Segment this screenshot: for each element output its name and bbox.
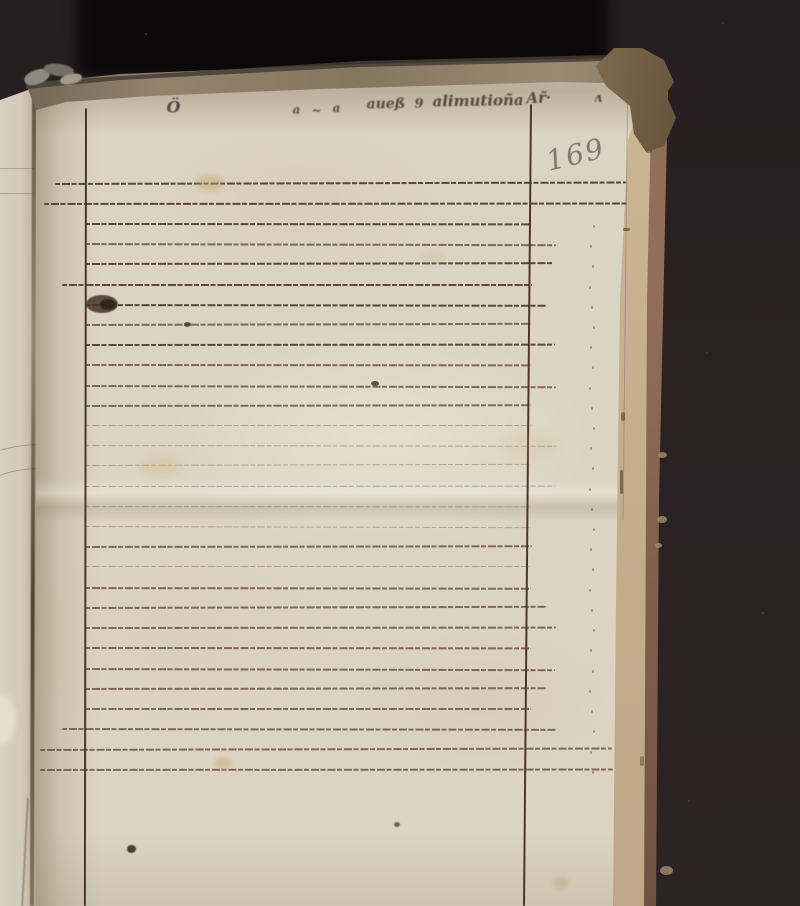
inscription-fragment: ~ — [311, 103, 321, 117]
inscription-fragment: Ar̃· — [526, 89, 551, 107]
inscription-fragment: a — [292, 103, 300, 117]
manuscript-photo: Öa~aaueß9alimutioñaAr̃·ʌ 169 — [0, 0, 800, 906]
inscription-fragment: ʌ — [594, 91, 602, 106]
inscription-fragment: aueß — [366, 96, 405, 113]
inscription-fragment: Ö — [166, 97, 180, 116]
inscription-fragment: 9 — [414, 97, 423, 112]
inscription-fragment: a — [332, 101, 340, 115]
inscription-fragment: alimutioña — [432, 91, 523, 110]
top-inscription: Öa~aaueß9alimutioñaAr̃·ʌ — [0, 0, 800, 906]
